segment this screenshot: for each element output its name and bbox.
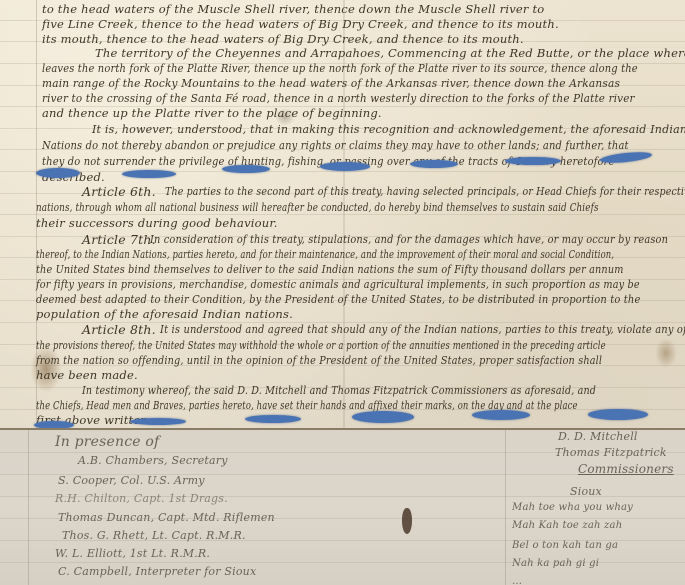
witness-heading: In presence of	[55, 434, 159, 450]
chief-mark: ...	[512, 576, 522, 585]
ink-blot	[402, 508, 412, 534]
body-line: main range of the Rocky Mountains to the…	[42, 76, 620, 90]
body-line: five Line Creek, thence to the head wate…	[42, 17, 559, 31]
article-line: nations, through whom all national busin…	[36, 200, 599, 214]
commissioners-label: Commissioners	[578, 462, 674, 476]
tribe-heading: Sioux	[570, 485, 602, 498]
commissioner-signature: D. D. Mitchell	[558, 430, 638, 443]
article-line: population of the aforesaid Indian natio…	[36, 307, 293, 321]
body-line: Nations do not thereby abandon or prejud…	[42, 138, 629, 152]
body-line: The territory of the Cheyennes and Arrap…	[95, 46, 685, 60]
witness-signature: S. Cooper, Col. U.S. Army	[58, 474, 205, 487]
article-line: In consideration of this treaty, stipula…	[150, 232, 668, 246]
body-line: and thence up the Platte river to the pl…	[42, 106, 382, 120]
chief-mark: Mah Kah toe zah zah	[512, 520, 622, 531]
chief-mark: Nah ka pah gi gi	[512, 558, 599, 569]
witness-signature: R.H. Chilton, Capt. 1st Drags.	[55, 492, 228, 505]
article-line: It is understood and agreed that should …	[160, 322, 685, 336]
article-line: from the nation so offending, until in t…	[36, 353, 602, 367]
witness-signature: Thomas Duncan, Capt. Mtd. Riflemen	[58, 511, 275, 524]
witness-signature: W. L. Elliott, 1st Lt. R.M.R.	[55, 547, 210, 560]
chief-mark: Bel o ton kah tan ga	[512, 540, 618, 551]
body-line: It is, however, understood, that in maki…	[92, 122, 685, 136]
article-line: for fifty years in provisions, merchandi…	[36, 277, 640, 291]
body-line: to the head waters of the Muscle Shell r…	[42, 2, 682, 16]
article-line: the provisions thereof, the United State…	[36, 338, 606, 352]
signature-sheet: In presence of A.B. Chambers, Secretary …	[0, 428, 685, 585]
article-heading: Article 6th.	[82, 184, 156, 199]
witness-signature: A.B. Chambers, Secretary	[78, 454, 228, 467]
chief-mark: Mah toe wha you whay	[512, 502, 633, 513]
document-page: to the head waters of the Muscle Shell r…	[0, 0, 685, 585]
article-line: The parties to the second part of this t…	[165, 184, 685, 198]
article-line: deemed best adapted to their Condition, …	[36, 292, 641, 306]
article-heading: Article 8th.	[82, 322, 156, 337]
article-line: have been made.	[36, 368, 138, 382]
body-line: its mouth, thence to the head waters of …	[42, 32, 524, 46]
article-line: the United States bind themselves to del…	[36, 262, 624, 276]
testimony-line: In testimony whereof, the said D. D. Mit…	[82, 383, 596, 397]
article-line: thereof, to the Indian Nations, parties …	[36, 247, 614, 261]
article-heading: Article 7th.	[82, 232, 156, 247]
witness-signature: C. Campbell, Interpreter for Sioux	[58, 565, 256, 578]
body-line: river to the crossing of the Santa Fé ro…	[42, 91, 635, 105]
commissioner-signature: Thomas Fitzpatrick	[555, 446, 667, 459]
witness-signature: Thos. G. Rhett, Lt. Capt. R.M.R.	[62, 529, 246, 542]
article-line: their successors during good behaviour.	[36, 216, 278, 230]
body-line: leaves the north fork of the Platte Rive…	[42, 61, 638, 75]
